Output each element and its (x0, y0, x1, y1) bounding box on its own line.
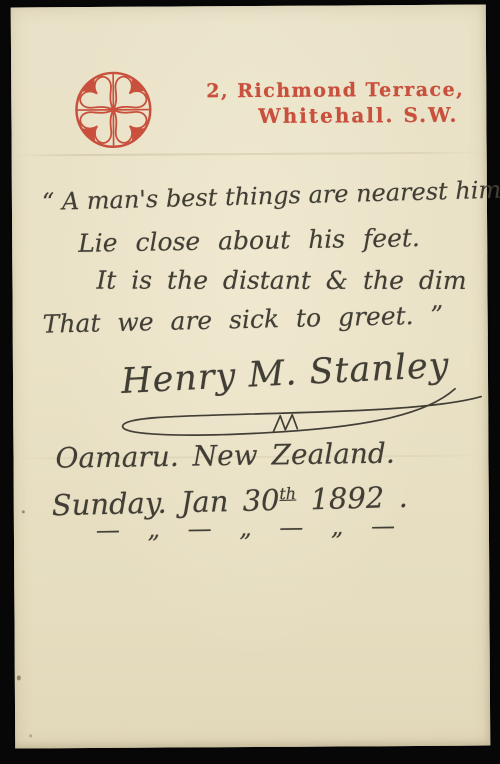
paper-speck (22, 510, 25, 513)
quote-line-1: “ A man's best things are nearest him (42, 176, 500, 216)
paper-speck (17, 675, 21, 680)
paper-speck (29, 734, 32, 737)
quote-line-2: Lie close about his feet. (78, 223, 420, 258)
ditto-marks-line: — „ — „ — „ — (96, 512, 397, 544)
paper-crease (12, 152, 487, 157)
letterhead-address-line2: Whitehall. S.W. (206, 102, 458, 129)
letterhead-address-line1: 2, Richmond Terrace, (206, 79, 464, 104)
quote-line-4: That we are sick to greet. ” (42, 300, 443, 338)
closing-date-superscript: th (279, 484, 296, 503)
quote-line-3: It is the distant & the dim (96, 266, 466, 295)
letterhead-address: 2, Richmond Terrace, Whitehall. S.W. (206, 79, 464, 129)
closing-place: Oamaru. New Zealand. (55, 437, 395, 475)
letter-paper: 2, Richmond Terrace, Whitehall. S.W. “ A… (11, 5, 491, 749)
quatrefoil-hearts-emblem-icon (72, 69, 154, 151)
